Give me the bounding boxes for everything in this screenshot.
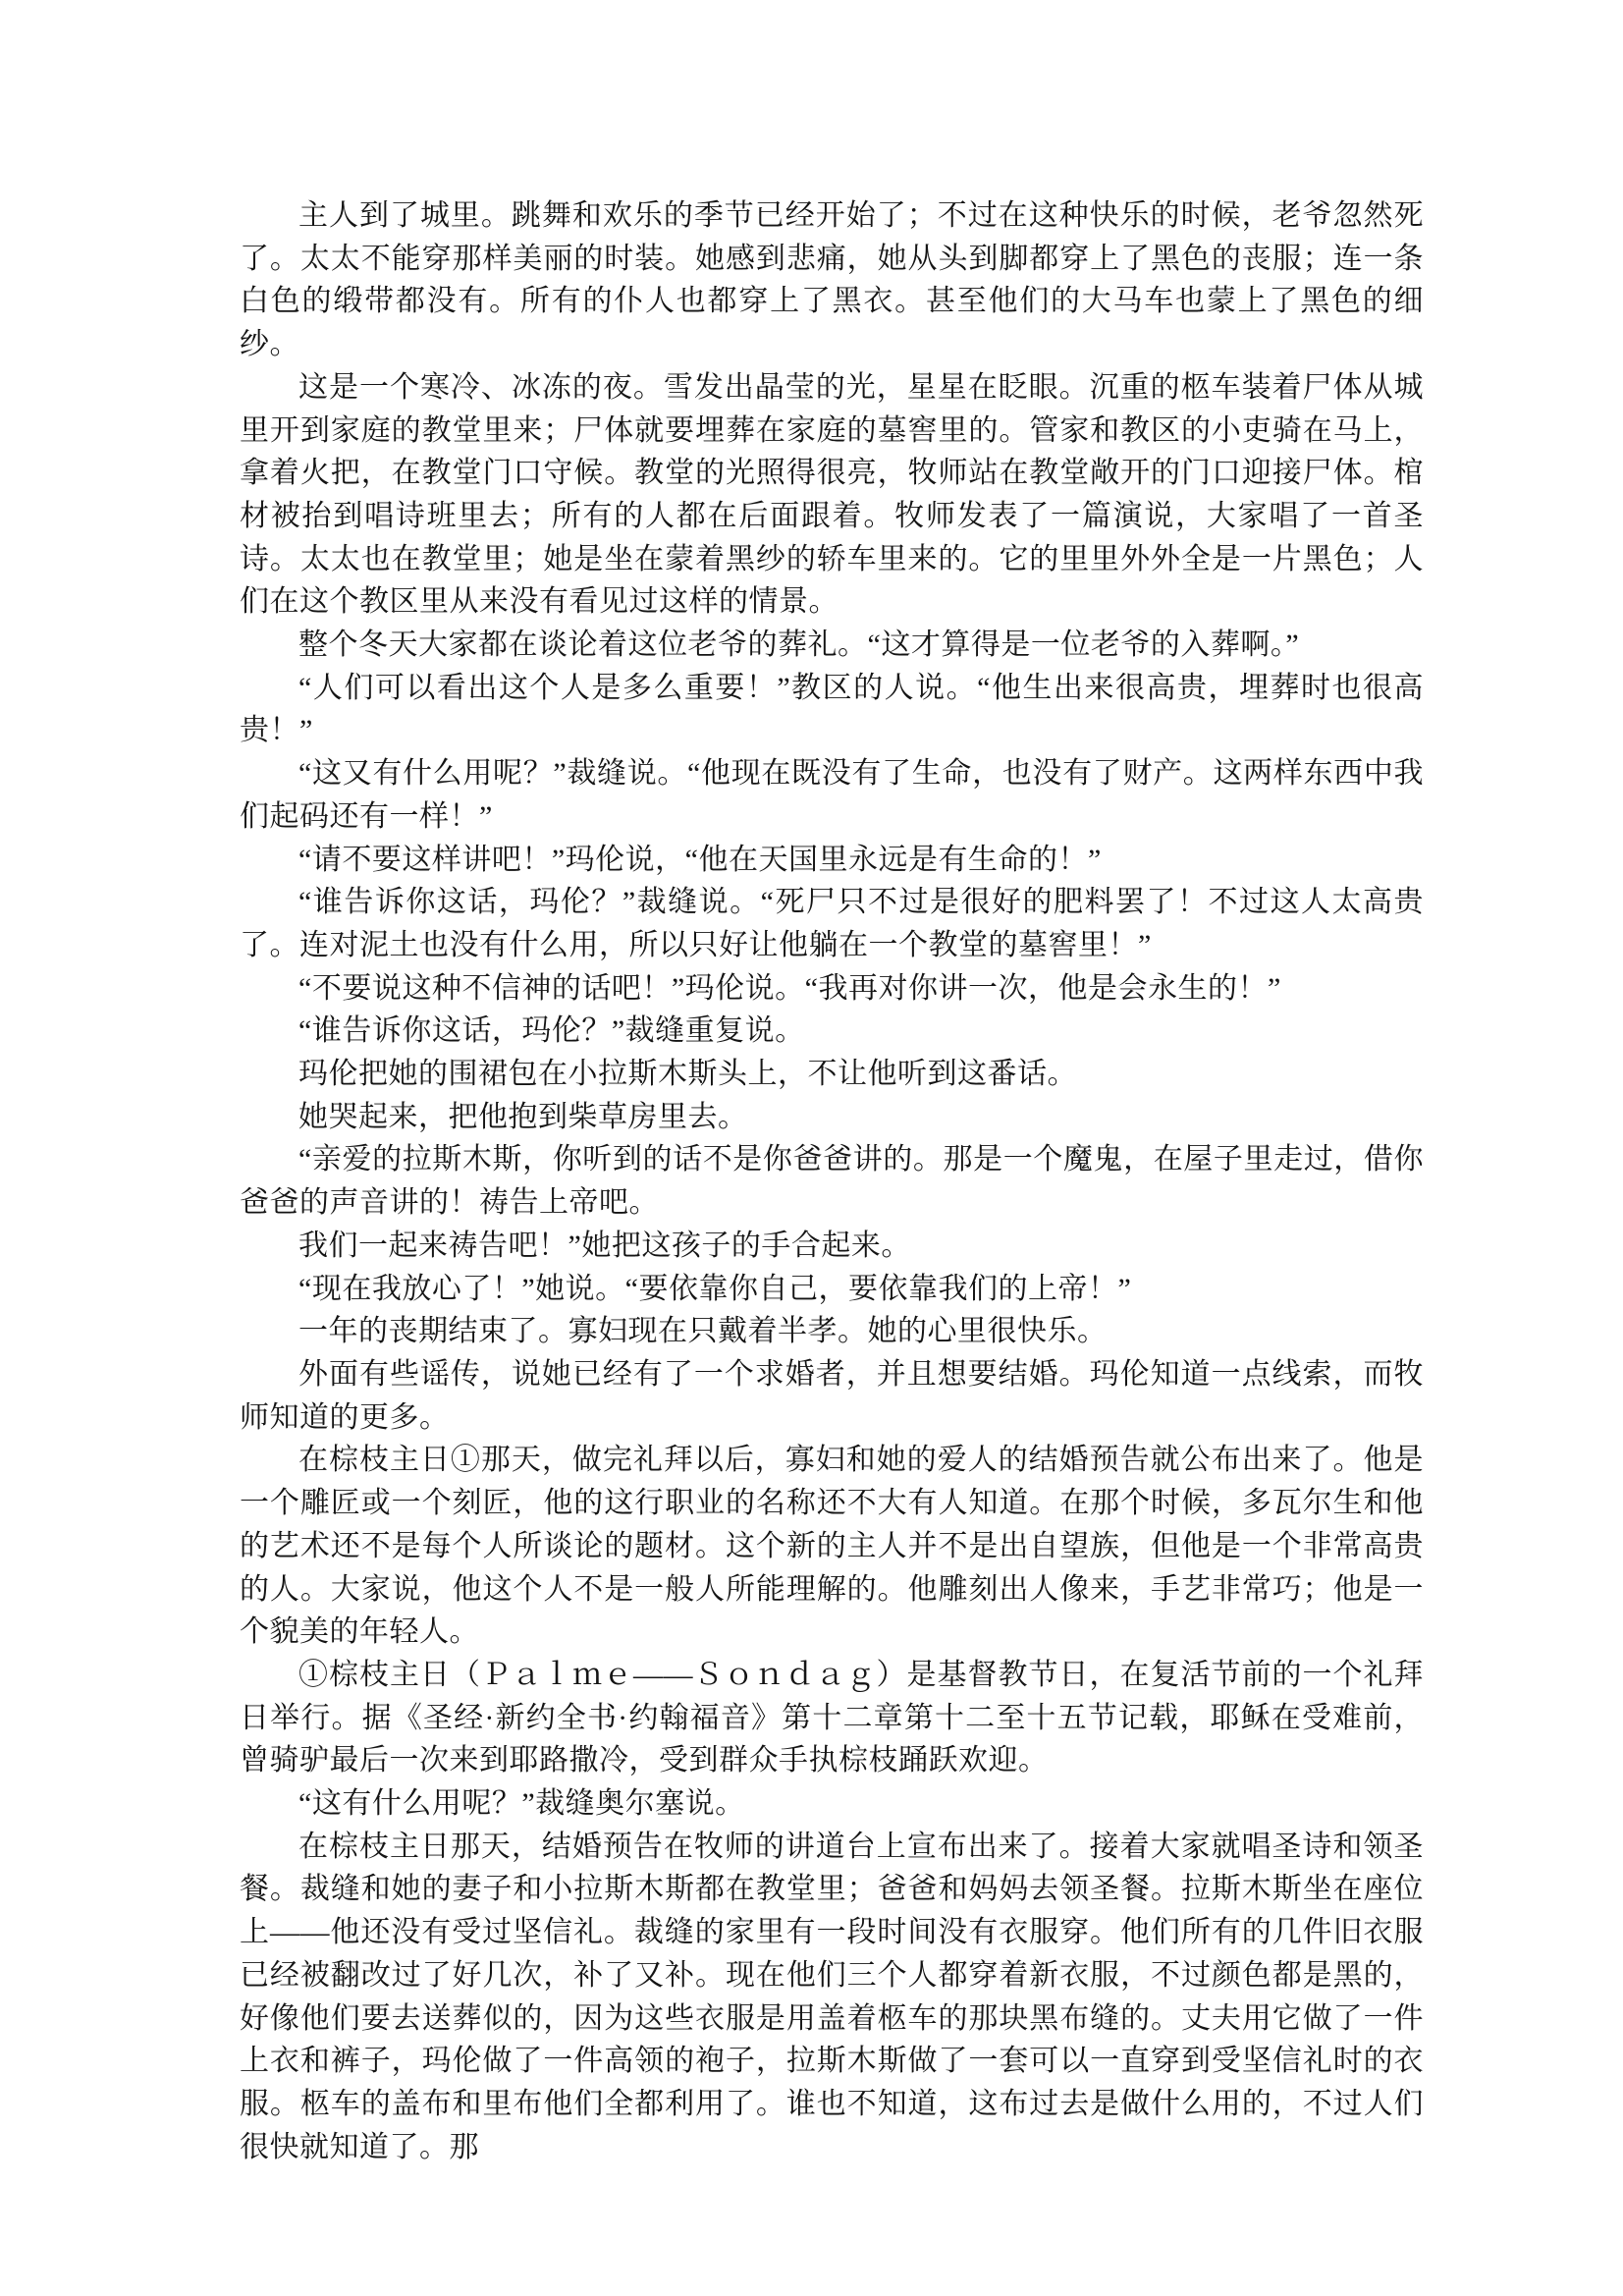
paragraph: 我们一起来祷告吧！”她把这孩子的手合起来。 [240,1225,1424,1268]
paragraph: 在棕枝主日①那天，做完礼拜以后，寡妇和她的爱人的结婚预告就公布出来了。他是一个雕… [240,1439,1424,1654]
paragraph: “亲爱的拉斯木斯，你听到的话不是你爸爸讲的。那是一个魔鬼，在屋子里走过，借你爸爸… [240,1138,1424,1224]
paragraph: 外面有些谣传，说她已经有了一个求婚者，并且想要结婚。玛伦知道一点线索，而牧师知道… [240,1353,1424,1439]
paragraph: “人们可以看出这个人是多么重要！”教区的人说。“他生出来很高贵，埋葬时也很高贵！… [240,667,1424,752]
paragraph: 这是一个寒冷、冰冻的夜。雪发出晶莹的光，星星在眨眼。沉重的柩车装着尸体从城里开到… [240,366,1424,624]
paragraph: “现在我放心了！”她说。“要依靠你自己，要依靠我们的上帝！” [240,1268,1424,1311]
paragraph: 在棕枝主日那天，结婚预告在牧师的讲道台上宣布出来了。接着大家就唱圣诗和领圣餐。裁… [240,1826,1424,2169]
paragraph: 主人到了城里。跳舞和欢乐的季节已经开始了；不过在这种快乐的时候，老爷忽然死了。太… [240,194,1424,366]
paragraph: “不要说这种不信神的话吧！”玛伦说。“我再对你讲一次，他是会永生的！” [240,967,1424,1011]
paragraph: 一年的丧期结束了。寡妇现在只戴着半孝。她的心里很快乐。 [240,1310,1424,1353]
paragraph: ①棕枝主日（Ｐａｌｍｅ——Ｓｏｎｄａｇ）是基督教节日，在复活节前的一个礼拜日举行… [240,1654,1424,1782]
paragraph: “这有什么用呢？”裁缝奥尔塞说。 [240,1782,1424,1826]
paragraph: “谁告诉你这话，玛伦？”裁缝说。“死尸只不过是很好的肥料罢了！不过这人太高贵了。… [240,881,1424,966]
paragraph: 玛伦把她的围裙包在小拉斯木斯头上，不让他听到这番话。 [240,1053,1424,1096]
paragraph: “这又有什么用呢？”裁缝说。“他现在既没有了生命，也没有了财产。这两样东西中我们… [240,752,1424,838]
paragraph: “请不要这样讲吧！”玛伦说，“他在天国里永远是有生命的！” [240,839,1424,882]
document-page: 主人到了城里。跳舞和欢乐的季节已经开始了；不过在这种快乐的时候，老爷忽然死了。太… [0,0,1623,2296]
paragraph: 她哭起来，把他抱到柴草房里去。 [240,1096,1424,1139]
paragraph: 整个冬天大家都在谈论着这位老爷的葬礼。“这才算得是一位老爷的入葬啊。” [240,624,1424,667]
paragraph: “谁告诉你这话，玛伦？”裁缝重复说。 [240,1010,1424,1053]
text-content: 主人到了城里。跳舞和欢乐的季节已经开始了；不过在这种快乐的时候，老爷忽然死了。太… [240,194,1424,2168]
